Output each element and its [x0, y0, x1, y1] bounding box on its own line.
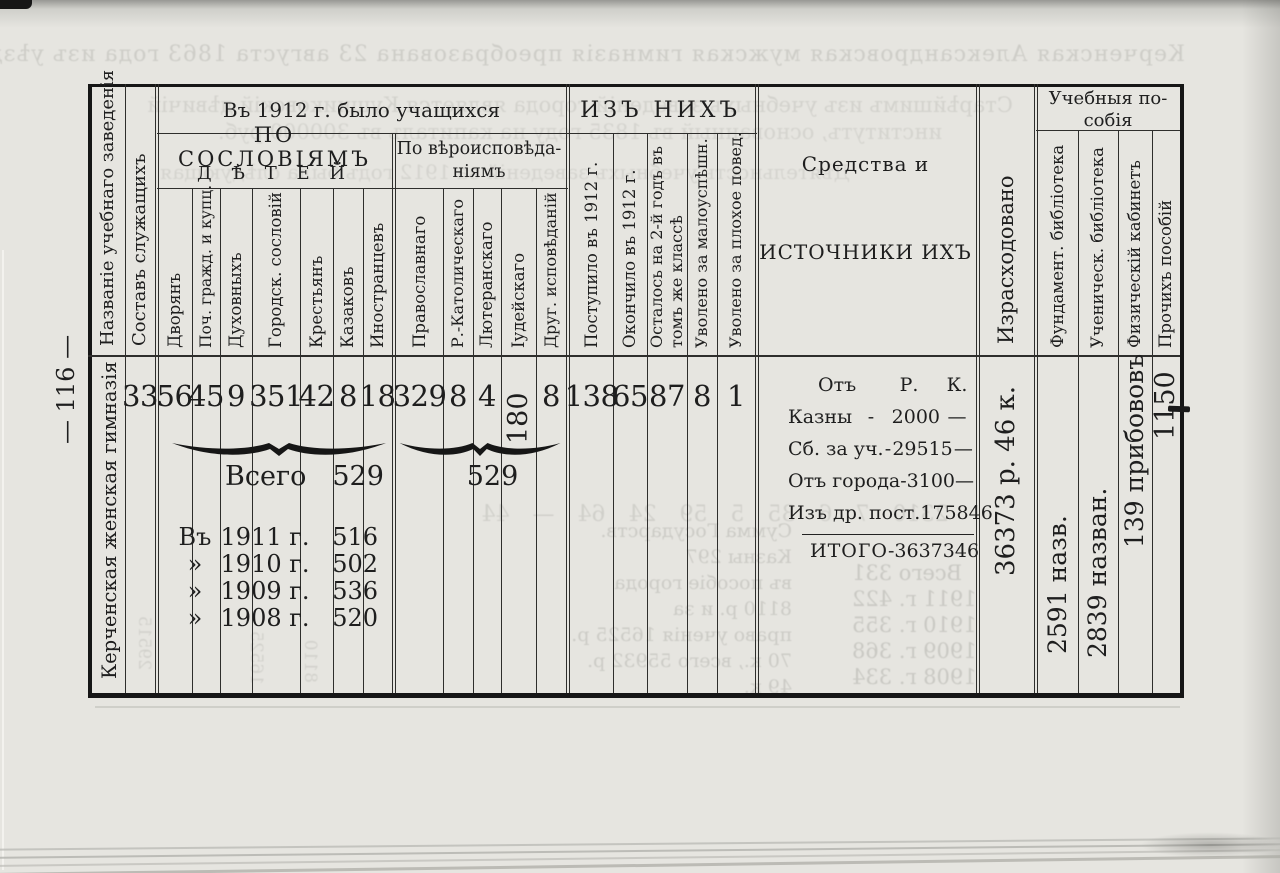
- value-estate: 45: [192, 374, 220, 418]
- header-estates-subtitle: Д Ѣ Т Е Й: [157, 160, 392, 186]
- value-estate: 9: [220, 374, 252, 418]
- ink-blot: [1168, 406, 1190, 413]
- scanned-book-page: Керченская Александровская мужская гимна…: [0, 0, 1280, 873]
- brace-estates: [170, 437, 388, 463]
- header-faith-other: Друг. исповѣданій: [536, 190, 566, 354]
- value-other-aids: 1150: [1152, 358, 1180, 440]
- bleedthrough-vertical: 29515: [130, 560, 154, 670]
- bleedthrough-right-block: Всего 331 1911 г. 422 1910 г. 355 1909 г…: [852, 560, 1004, 690]
- header-staff: Составъ служащихъ: [125, 86, 155, 354]
- value-estate: 56: [157, 374, 192, 418]
- total-estates-value: 529: [332, 461, 384, 492]
- funds-row: Казны - 2000 —: [788, 406, 974, 438]
- page-bottom-edges: [0, 838, 1280, 873]
- header-dismissed-failing: Уволено за малоуспѣшн.: [687, 135, 717, 354]
- header-faith-orthodox: Православнаго: [396, 190, 443, 354]
- bleedthrough-rule: [95, 706, 1180, 708]
- total-faiths: 529: [440, 458, 545, 494]
- funds-row: Отъ города - 3100 —: [788, 470, 974, 502]
- value-fundamental-library: 2591 назв.: [1038, 358, 1078, 654]
- header-bottom-rule: [88, 355, 1180, 357]
- header-aids-title: Учебныя по- собія: [1036, 88, 1180, 132]
- header-faith-jewish: Іудейскаго: [501, 190, 536, 354]
- value-of-them: 65: [613, 374, 647, 418]
- year-row: Въ 1911 г. 516: [178, 523, 378, 550]
- value-staff: 33: [125, 374, 155, 418]
- bleedthrough-top-line: Керченская Александровская мужская гимна…: [95, 42, 1185, 67]
- header-estate-inostrancev: Иностранцевъ: [363, 190, 392, 354]
- header-dismissed-conduct: Уволено за плохое повед.: [717, 135, 755, 354]
- value-of-them: 138: [570, 374, 613, 418]
- header-student-library: Ученическ. библіотека: [1078, 134, 1118, 354]
- value-faith: 329: [396, 374, 443, 418]
- page-top-shadow: [0, 0, 1280, 30]
- funds-row: Сб. за уч. - 29515 —: [788, 438, 974, 470]
- header-estates-title: ПО СОСЛОВІЯМЪ: [157, 134, 392, 160]
- page-number: — 116 —: [48, 318, 84, 444]
- header-entered-1912: Поступило въ 1912 г.: [570, 135, 613, 354]
- year-row: » 1908 г. 520: [178, 604, 378, 631]
- funds-row: Изъ др. пост. 1758 46: [788, 502, 974, 534]
- header-of-them: ИЗЪ НИХЪ: [566, 94, 755, 126]
- header-estate-pochgrazhd: Поч. гражд. и купц.: [192, 190, 220, 354]
- value-student-library: 2839 назван.: [1078, 358, 1118, 658]
- year-row: » 1910 г. 502: [178, 550, 378, 577]
- value-spent: 36373 р. 46 к.: [978, 358, 1034, 576]
- value-faith: 4: [473, 374, 501, 418]
- header-faith-lutheran: Лютеранскаго: [473, 190, 501, 354]
- value-faith: 8: [443, 374, 473, 418]
- value-of-them: 1: [717, 374, 755, 418]
- funds-table: Отъ Р. К. Казны - 2000 — Сб. за уч. - 29…: [788, 374, 974, 572]
- value-of-them: 8: [687, 374, 717, 418]
- scan-corner-mark: [0, 0, 32, 9]
- total-estates: Всего 529: [225, 461, 384, 492]
- header-estate-kazakov: Казаковъ: [333, 190, 363, 354]
- bottom-right-smudge: [1140, 832, 1280, 858]
- value-estate: 8: [333, 374, 363, 418]
- header-graduated-1912: Окончило въ 1912 г.: [613, 135, 647, 354]
- header-spent: Израсходовано: [978, 86, 1034, 354]
- page-right-shadow: [1242, 0, 1280, 873]
- funds-total-row: ИТОГО - 36373 46: [802, 534, 974, 572]
- header-faith-catholic: Р.-Католическаго: [443, 190, 473, 354]
- table-border-bottom: [88, 693, 1184, 698]
- header-estate-gorodsk: Городск. сословій: [252, 190, 300, 354]
- page-left-edge: [2, 250, 4, 870]
- value-physics-cabinet: 139 прибововъ: [1118, 358, 1152, 548]
- header-physics-cabinet: Физическій кабинетъ: [1118, 134, 1152, 354]
- header-institution: Названіе учебнаго заведенія: [90, 86, 125, 354]
- header-other-aids: Прочихъ пособій: [1152, 134, 1180, 354]
- header-students-1912: Въ 1912 г. было учащихся: [157, 94, 566, 126]
- previous-years-list: Въ 1911 г. 516 » 1910 г. 502 » 1909 г. 5…: [178, 523, 378, 631]
- header-repeated-year: Осталось на 2-й годъ въ томъ же классѣ: [647, 135, 687, 354]
- value-estate: 351: [252, 374, 300, 418]
- header-funds-line1: Средства и: [755, 150, 976, 178]
- value-estate: 42: [300, 374, 333, 418]
- value-faith-rotated: 180: [501, 372, 536, 444]
- value-estate: 18: [363, 374, 392, 418]
- value-faith: 8: [536, 374, 566, 418]
- header-faith-title: По вѣроисповѣда- ніямъ: [392, 138, 566, 186]
- funds-header-row: Отъ Р. К.: [788, 374, 974, 406]
- header-fundamental-library: Фундамент. библіотека: [1038, 134, 1078, 354]
- year-row: » 1909 г. 536: [178, 577, 378, 604]
- header-funds-line2: ИСТОЧНИКИ ИХЪ: [755, 238, 976, 266]
- header-estate-krestyan: Крестьянъ: [300, 190, 333, 354]
- value-of-them: 87: [647, 374, 687, 418]
- header-estate-dvoryane: Дворянъ: [157, 190, 192, 354]
- header-estate-duhovnyh: Духовныхъ: [220, 190, 252, 354]
- total-label: Всего: [225, 461, 306, 492]
